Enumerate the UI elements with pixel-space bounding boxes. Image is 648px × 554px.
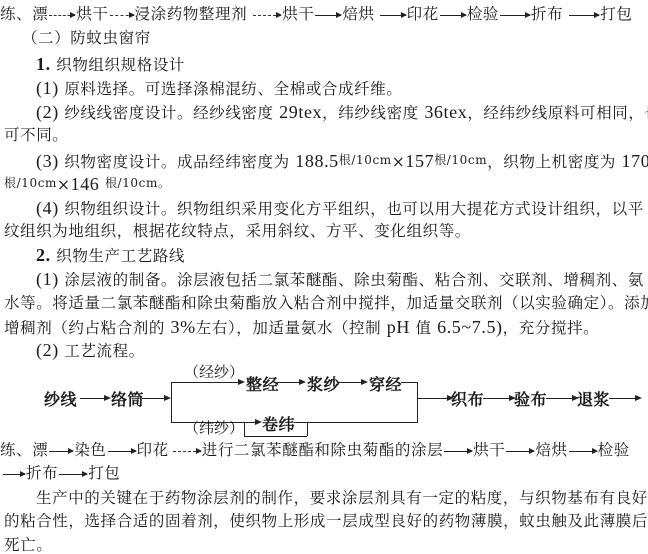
arrow-right-icon xyxy=(59,474,87,475)
connector-line xyxy=(294,422,417,423)
arrow-right-icon xyxy=(110,15,134,16)
part1-item-2: (2) 纱线线密度设计。经纱线密度 29tex，纬纱线密度 36tex，经纬纱线… xyxy=(36,102,648,123)
part1-number: 1. xyxy=(36,54,51,74)
arrow-right-icon xyxy=(569,15,599,16)
arrow-right-icon xyxy=(380,15,406,16)
process-step: 浸涂药物整理剂 xyxy=(135,5,248,23)
warp-branch-line xyxy=(171,382,239,383)
arrow-head-icon xyxy=(635,395,642,401)
arrow-right-icon xyxy=(500,15,530,16)
connector-line xyxy=(483,398,511,399)
connector-line xyxy=(546,398,574,399)
part2-item-1-continued-1: 水等。将适量二氯苯醚酯和除虫菊酯放入粘合剂中搅拌，加适量交联剂（以实验确定）。添… xyxy=(4,293,648,313)
loop-line xyxy=(244,422,245,436)
arrow-head-icon xyxy=(104,395,111,401)
arrow-right-icon xyxy=(108,451,136,452)
connector-line xyxy=(277,382,301,383)
arrow-right-icon xyxy=(315,15,341,16)
closing-paragraph-line-3: 死亡。 xyxy=(4,535,52,554)
node-winding: 络筒 xyxy=(111,387,144,410)
connector-line xyxy=(401,382,417,383)
process-step: 检验 xyxy=(467,5,499,23)
loop-line xyxy=(244,436,307,437)
closing-paragraph-line-2: 的粘合性，选择合适的固着剂，使织物上形成一层成型良好的药物薄膜，蚊虫触及此薄膜后 xyxy=(4,511,648,531)
part2-item-1-continued-2: 增稠剂（约占粘合剂的 3%左右），加适量氨水（控制 pH 值 6.5~7.5)，… xyxy=(4,317,599,338)
node-inspection: 验布 xyxy=(514,387,547,410)
loop-line xyxy=(307,422,308,436)
node-yarn: 纱线 xyxy=(44,387,77,410)
arrow-right-icon xyxy=(569,451,597,452)
part1-item-3-continued: 根/10cm×146 根/10cm。 xyxy=(4,173,171,195)
node-sizing: 浆纱 xyxy=(307,372,340,395)
process-step: 烘干 xyxy=(76,5,108,23)
arrow-right-icon xyxy=(3,474,25,475)
node-drawing-in: 穿经 xyxy=(369,372,402,395)
bottom-process-chain-continued: 折布打包 xyxy=(2,463,120,483)
top-process-chain: 练、漂烘干浸涂药物整理剂烘干焙烘印花检验折布打包 xyxy=(0,4,632,24)
part1-item-4-continued: 纹组织为地组织，根据花纹特点，采用斜纹、方平、变化组织等。 xyxy=(4,221,471,241)
bottom-process-chain: 练、漂染色印花进行二氯苯醚酯和除虫菊酯的涂层烘干焙烘检验 xyxy=(0,440,630,460)
part2-number: 2. xyxy=(36,245,51,265)
process-step: 焙烘 xyxy=(342,5,374,23)
connector-line xyxy=(142,398,166,399)
connector-line xyxy=(609,398,637,399)
arrow-right-icon xyxy=(444,451,472,452)
part1-item-4: (4) 织物组织设计。织物组织采用变化方平组织，也可以用大提花方式设计组织，以平 xyxy=(36,198,644,219)
process-step: 折布 xyxy=(531,5,563,23)
arrow-head-icon xyxy=(255,419,262,425)
node-warping: 整经 xyxy=(246,372,279,395)
part1-item-1: (1) 原料选择。可选择涤棉混纺、全棉或合成纤维。 xyxy=(36,78,402,99)
arrow-head-icon xyxy=(164,395,171,401)
process-step: 印花 xyxy=(407,5,439,23)
part1-item-3: (3) 织物密度设计。成品经纬密度为 188.5根/10cm×157根/10cm… xyxy=(36,150,648,172)
process-flow-diagram: 纱线 络筒 （经纱） 整经 浆纱 穿经 卷纬 （纬纱） 织布 验布 退浆 xyxy=(0,355,648,445)
arrow-head-icon xyxy=(361,379,368,385)
merge-line xyxy=(417,382,418,423)
weft-label: （纬纱） xyxy=(184,417,244,438)
process-step: 烘干 xyxy=(282,5,314,23)
part2-title: 织物生产工艺路线 xyxy=(56,247,185,265)
arrow-right-icon xyxy=(49,451,73,452)
node-pirn-winding: 卷纬 xyxy=(262,412,295,435)
connector-line xyxy=(80,398,106,399)
process-step: 打包 xyxy=(600,5,632,23)
part1-title: 织物组织规格设计 xyxy=(56,56,185,74)
process-step: 练、漂 xyxy=(0,5,48,23)
arrow-right-icon xyxy=(253,15,281,16)
node-weaving: 织布 xyxy=(451,387,484,410)
branch-line xyxy=(171,382,172,422)
part1-item-2-continued: 可不同。 xyxy=(4,125,68,145)
section-title: （二）防蚊虫窗帘 xyxy=(22,28,151,48)
node-desizing: 退浆 xyxy=(577,387,610,410)
arrow-head-icon xyxy=(299,379,306,385)
connector-line xyxy=(339,382,363,383)
part1-heading: 1. 织物组织规格设计 xyxy=(36,54,185,75)
closing-paragraph-line-1: 生产中的关键在于药物涂层剂的制作，要求涂层剂具有一定的粘度，与织物基布有良好 xyxy=(36,488,648,508)
arrow-right-icon xyxy=(506,451,534,452)
arrow-right-icon xyxy=(440,15,466,16)
arrow-right-icon xyxy=(173,451,201,452)
part2-item-1: (1) 涂层液的制备。涂层液包括二氯苯醚酯、除虫菊酯、粘合剂、交联剂、增稠剂、氨 xyxy=(36,269,644,290)
warp-label: （经纱） xyxy=(184,361,244,382)
part2-heading: 2. 织物生产工艺路线 xyxy=(36,245,185,266)
connector-line xyxy=(417,398,449,399)
arrow-right-icon xyxy=(49,15,75,16)
